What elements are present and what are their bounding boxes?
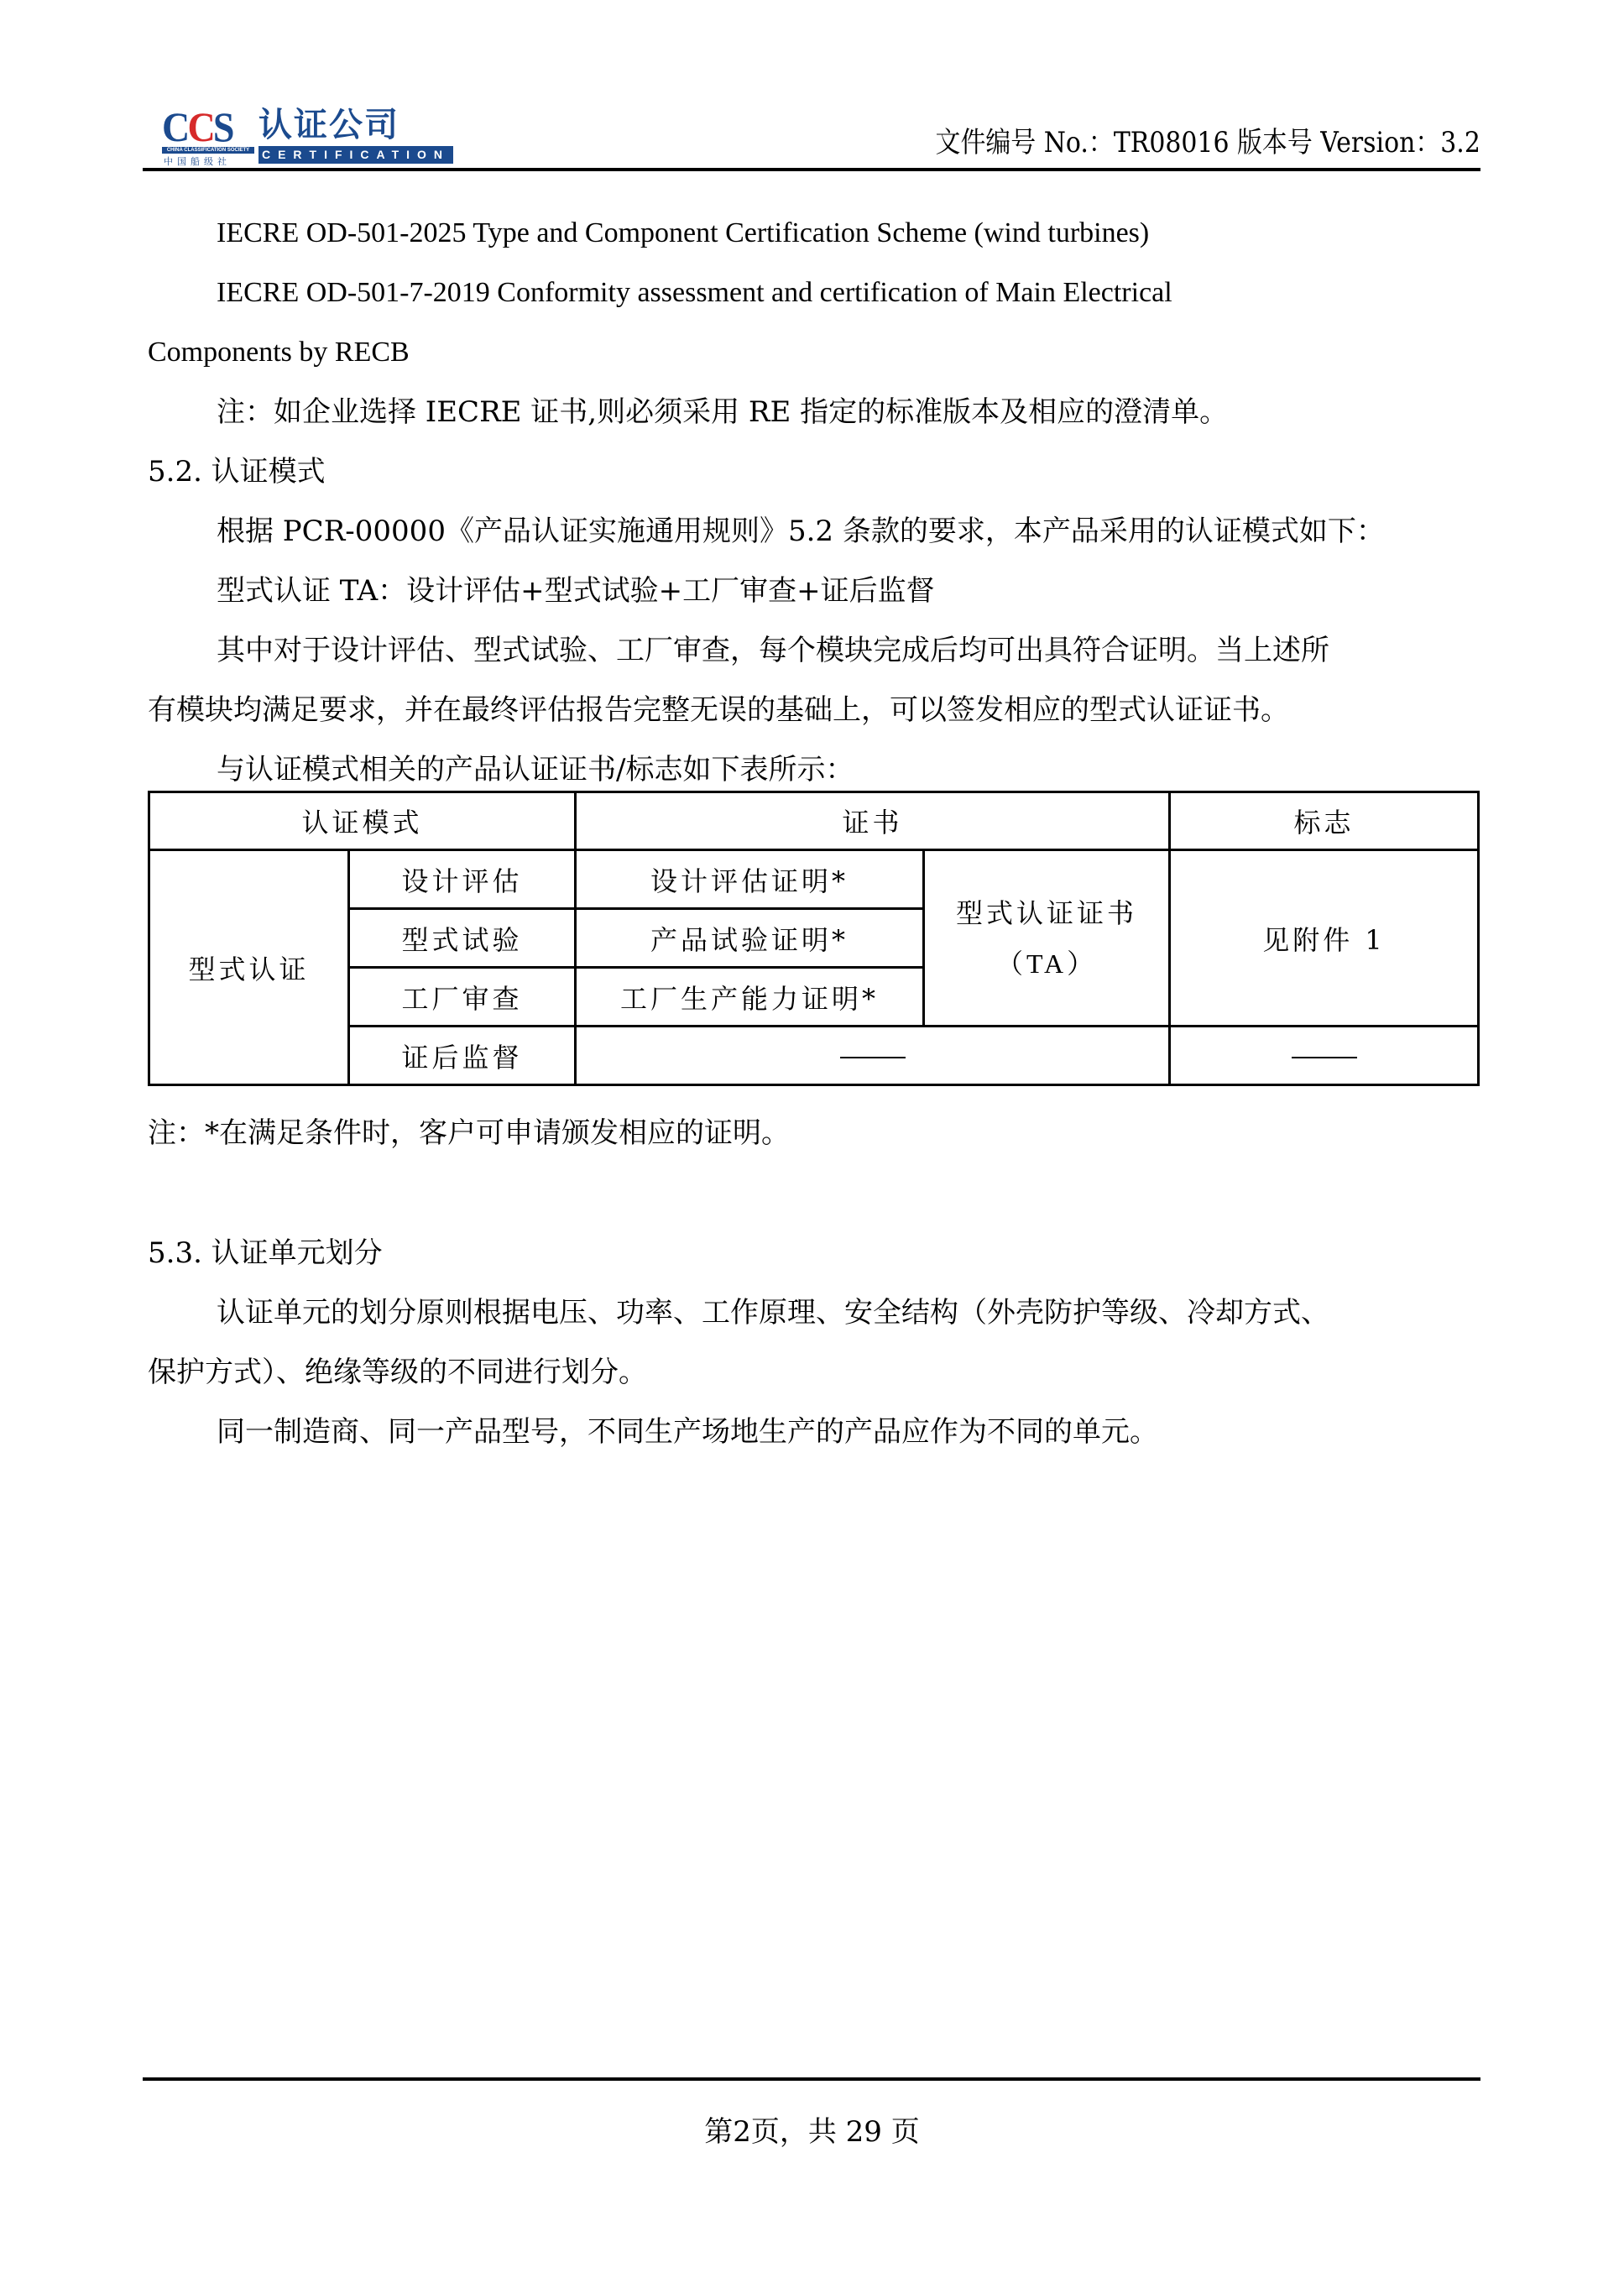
- ccs-certification-logo: CCS CHINA CLASSIFICATION SOCIETY 中国船级社 认…: [162, 107, 456, 165]
- table-row: 证后监督: [149, 1027, 1479, 1085]
- society-cn-label: 中国船级社: [164, 154, 231, 168]
- module-cell: 型式试验: [349, 909, 576, 968]
- proof-cell: 设计评估证明*: [576, 850, 924, 909]
- certificate-code: （TA）: [925, 938, 1168, 989]
- module-cell: 设计评估: [349, 850, 576, 909]
- brand-cn-label: 认证公司: [258, 106, 399, 144]
- page-number: 第2页，共 29 页: [0, 2115, 1624, 2149]
- table-row: 型式认证 设计评估 设计评估证明* 型式认证证书 （TA） 见附件 1: [149, 850, 1479, 909]
- certificate-name: 型式认证证书: [925, 888, 1168, 938]
- section-5-3-p1-line2: 保护方式）、绝缘等级的不同进行划分。: [148, 1356, 1480, 1389]
- section-5-3-p2: 同一制造商、同一产品型号，不同生产场地生产的产品应作为不同的单元。: [217, 1415, 1549, 1449]
- certificate-cell: 型式认证证书 （TA）: [924, 850, 1170, 1027]
- dash-placeholder: [1292, 1057, 1357, 1058]
- mark-cell: 见附件 1: [1170, 850, 1479, 1027]
- section-5-2-p3-line1: 其中对于设计评估、型式试验、工厂审查，每个模块完成后均可出具符合证明。当上述所: [217, 634, 1549, 667]
- module-cell: 证后监督: [349, 1027, 576, 1085]
- section-5-2-p3-line2: 有模块均满足要求，并在最终评估报告完整无误的基础上，可以签发相应的型式认证证书。: [148, 693, 1480, 727]
- society-en-label: CHINA CLASSIFICATION SOCIETY: [162, 147, 254, 154]
- section-5-3-p1-line1: 认证单元的划分原则根据电压、功率、工作原理、安全结构（外壳防护等级、冷却方式、: [217, 1296, 1549, 1330]
- document-number: 文件编号 No.：TR08016 版本号 Version：3.2: [936, 126, 1480, 159]
- header-rule: [143, 168, 1480, 171]
- mark-cell-empty: [1170, 1027, 1479, 1085]
- mode-cell: 型式认证: [149, 850, 349, 1085]
- standard-line-2: IECRE OD-501-7-2019 Conformity assessmen…: [217, 276, 1549, 310]
- section-5-2-p4: 与认证模式相关的产品认证证书/标志如下表所示：: [217, 753, 1549, 786]
- brand-en-label: CERTIFICATION: [258, 146, 453, 164]
- module-cell: 工厂审查: [349, 968, 576, 1027]
- standard-line-1: IECRE OD-501-2025 Type and Component Cer…: [217, 217, 1549, 250]
- header-mark: 标志: [1170, 792, 1479, 850]
- footer-rule: [143, 2077, 1480, 2081]
- section-5-3-heading: 5.3. 认证单元划分: [148, 1236, 1480, 1270]
- section-5-2-heading: 5.2. 认证模式: [148, 455, 1480, 489]
- proof-cell-empty: [576, 1027, 1170, 1085]
- header-certificate: 证书: [576, 792, 1170, 850]
- certification-table: 认证模式 证书 标志 型式认证 设计评估 设计评估证明* 型式认证证书 （TA）…: [148, 791, 1480, 1086]
- standard-line-2-cont: Components by RECB: [148, 336, 1480, 369]
- section-5-2-p2: 型式认证 TA：设计评估+型式试验+工厂审查+证后监督: [217, 574, 1549, 608]
- dash-placeholder: [840, 1057, 906, 1058]
- header-cert-mode: 认证模式: [149, 792, 576, 850]
- iecre-note: 注：如企业选择 IECRE 证书,则必须采用 RE 指定的标准版本及相应的澄清单…: [217, 395, 1549, 429]
- section-5-2-p1: 根据 PCR-00000《产品认证实施通用规则》5.2 条款的要求，本产品采用的…: [217, 515, 1549, 548]
- proof-cell: 工厂生产能力证明*: [576, 968, 924, 1027]
- proof-cell: 产品试验证明*: [576, 909, 924, 968]
- table-header-row: 认证模式 证书 标志: [149, 792, 1479, 850]
- table-note: 注：*在满足条件时，客户可申请颁发相应的证明。: [148, 1116, 1480, 1150]
- ccs-mark: CCS: [162, 107, 232, 146]
